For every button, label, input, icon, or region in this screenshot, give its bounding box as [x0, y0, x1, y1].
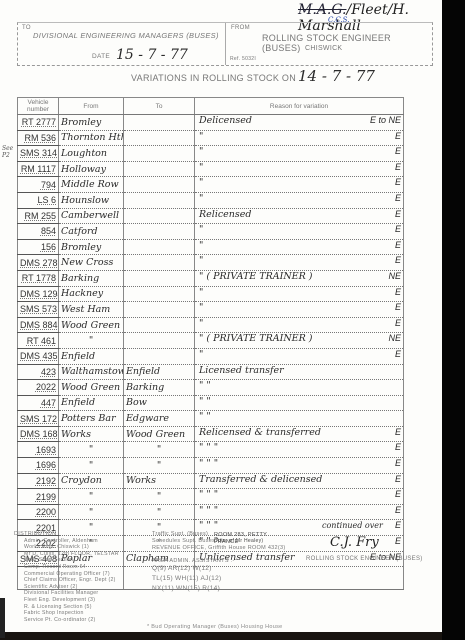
status-code: E — [395, 302, 401, 312]
to-garage: Bow — [124, 395, 195, 411]
from-text: " — [61, 444, 121, 455]
date-value: 15 - 7 - 77 — [116, 47, 188, 63]
from-text: Catford — [61, 226, 98, 237]
table-row: DMS 1687WorksWood GreenRelicensed & tran… — [18, 426, 404, 442]
reason-text: Licensed transfer — [199, 365, 284, 376]
reason-cell: "E — [195, 192, 404, 208]
reason-cell: "E — [195, 302, 404, 318]
from-garage: " — [59, 442, 124, 458]
from-text: Bromley — [61, 117, 101, 128]
to-garage — [124, 115, 195, 131]
reason-text: " — [199, 193, 203, 204]
reason-text: " ( PRIVATE TRAINER ) — [199, 271, 313, 282]
reason-cell: "E — [195, 348, 404, 364]
reason-cell: "E — [195, 130, 404, 146]
reference-number: Ref. 5032I — [230, 56, 256, 62]
to-text: Edgware — [126, 413, 169, 424]
from-garage: Croydon — [59, 473, 124, 489]
vehicle-number: RM 255 — [18, 208, 59, 224]
from-garage: Camberwell — [59, 208, 124, 224]
table-row: 2192CroydonWorksTransferred & delicensed… — [18, 473, 404, 489]
table-row: SMS 314Loughton"E — [18, 146, 404, 162]
from-text: Camberwell — [61, 210, 119, 221]
table-row: DMS 1294Hackney"E — [18, 286, 404, 302]
from-garage: Middle Row — [59, 177, 124, 193]
to-garage — [124, 161, 195, 177]
vehicle-number: RT 461 — [18, 333, 59, 349]
to-garage — [124, 208, 195, 224]
reason-cell: "E — [195, 255, 404, 271]
table-row: DMS 435Enfield"E — [18, 348, 404, 364]
status-code: E — [395, 209, 401, 219]
vehicle-number: DMS 1687 — [18, 426, 59, 442]
vehicle-number: 2192 — [18, 473, 59, 489]
to-garage: " — [124, 504, 195, 520]
from-garage: Walthamstow — [59, 364, 124, 380]
to-garage — [124, 177, 195, 193]
from-garage: Hackney — [59, 286, 124, 302]
reason-cell: " " "E — [195, 458, 404, 474]
distribution-item: Service Pt. Co-ordinator (2) — [14, 617, 149, 624]
reason-text: " ( PRIVATE TRAINER ) — [199, 333, 313, 344]
table-row: RM 536Thornton Hth"E — [18, 130, 404, 146]
reason-cell: "E — [195, 224, 404, 240]
reason-cell: DelicensedE to NE — [195, 115, 404, 131]
reason-text: " " " — [199, 505, 218, 516]
from-text: " — [61, 491, 121, 502]
status-code: E — [395, 489, 401, 499]
to-recipient: DIVISIONAL ENGINEERING MANAGERS (BUSES) — [33, 31, 219, 40]
from-text: West Ham — [61, 304, 110, 315]
distribution-item: Body Shop Section — [14, 557, 149, 564]
to-garage: Edgware — [124, 411, 195, 427]
vehicle-number: 2200 — [18, 504, 59, 520]
status-code: E — [395, 349, 401, 359]
col-header-reason: Reason for variation — [195, 98, 404, 115]
to-garage — [124, 224, 195, 240]
reason-cell: " " "E — [195, 489, 404, 505]
vehicle-number: SMS 573 — [18, 302, 59, 318]
from-garage: Bromley — [59, 239, 124, 255]
from-text: Wood Green — [61, 382, 120, 393]
to-garage: " — [124, 442, 195, 458]
from-text: Holloway — [61, 164, 106, 175]
reason-text: " — [199, 240, 203, 251]
to-text: Bow — [126, 397, 147, 408]
distribution-item: Admin. Controller, Aldenham — [14, 538, 149, 545]
reason-cell: " " — [195, 380, 404, 396]
reason-cell: "E — [195, 161, 404, 177]
variations-table: Vehicle number From To Reason for variat… — [17, 97, 404, 590]
from-text: Croydon — [61, 475, 102, 486]
to-garage: " — [124, 458, 195, 474]
distribution-item: Mr D. Cullis, 12th FLOOR, TELSTAR — [14, 551, 149, 558]
from-garage: Hounslow — [59, 192, 124, 208]
vehicle-number: SMS 172 — [18, 411, 59, 427]
reason-cell: "E — [195, 286, 404, 302]
from-garage: Loughton — [59, 146, 124, 162]
table-row: RM 1117Holloway"E — [18, 161, 404, 177]
continued-over-note: continued over — [322, 521, 383, 530]
status-code: E — [395, 255, 401, 265]
table-row: 2022Wood GreenBarking" " — [18, 380, 404, 396]
from-text: Barking — [61, 273, 99, 284]
from-text: Thornton Hth — [61, 132, 124, 143]
from-garage: " — [59, 333, 124, 349]
vehicle-number: 423 — [18, 364, 59, 380]
from-text: " — [61, 335, 121, 346]
from-text: Works — [61, 429, 91, 440]
to-garage — [124, 286, 195, 302]
header-box: TO DIVISIONAL ENGINEERING MANAGERS (BUSE… — [17, 22, 433, 66]
reason-cell: " ( PRIVATE TRAINER )NE — [195, 270, 404, 286]
reason-text: Relicensed & transferred — [199, 427, 321, 438]
room-attn: (Attn. of Mr Healey) — [214, 538, 263, 545]
to-garage — [124, 317, 195, 333]
status-code: E — [395, 162, 401, 172]
reason-cell: "E — [195, 317, 404, 333]
reason-cell: "E — [195, 177, 404, 193]
reason-cell: " " — [195, 395, 404, 411]
from-text: Enfield — [61, 397, 95, 408]
reason-text: " " " — [199, 458, 218, 469]
distribution-item: R. & Licensing Section (5) — [14, 604, 149, 611]
to-garage — [124, 130, 195, 146]
from-garage: Enfield — [59, 395, 124, 411]
status-code: E — [395, 287, 401, 297]
reason-text: " " — [199, 411, 211, 422]
to-label: TO — [22, 25, 31, 31]
footer-distribution-line: * Bud Operating Manager (Buses) Housing … — [147, 624, 282, 630]
to-garage: Enfield — [124, 364, 195, 380]
reason-cell: " " "E — [195, 504, 404, 520]
reason-cell: " " "E — [195, 442, 404, 458]
table-row: 794Middle Row"E — [18, 177, 404, 193]
reason-text: " — [199, 177, 203, 188]
vehicle-number: DMS 435 — [18, 348, 59, 364]
vehicle-number: RM 536 — [18, 130, 59, 146]
from-garage: Thornton Hth — [59, 130, 124, 146]
to-text: Wood Green — [126, 429, 185, 440]
from-garage: Bromley — [59, 115, 124, 131]
vehicle-number: 156 — [18, 239, 59, 255]
table-row: 2199""" " "E — [18, 489, 404, 505]
to-garage — [124, 348, 195, 364]
from-text: Loughton — [61, 148, 107, 159]
signature: C.J. Fry — [330, 535, 379, 550]
table-header-row: Vehicle number From To Reason for variat… — [18, 98, 404, 115]
to-garage — [124, 302, 195, 318]
margin-note-line: See — [2, 145, 13, 152]
to-text: " — [126, 460, 192, 471]
vehicle-number: DMS 278 — [18, 255, 59, 271]
reason-text: " — [199, 224, 203, 235]
reason-text: " — [199, 349, 203, 360]
from-text: " — [61, 460, 121, 471]
reason-cell: RelicensedE — [195, 208, 404, 224]
from-garage: West Ham — [59, 302, 124, 318]
area-admin-line: TL(15) WH(11) AJ(12) — [152, 575, 286, 582]
to-text: " — [126, 444, 192, 455]
signature-title: ROLLING STOCK ENGINEER (BUSES) — [306, 556, 423, 562]
vehicle-number: DMS 884 — [18, 317, 59, 333]
reason-text: " " " — [199, 489, 218, 500]
vehicle-number: 1696 — [18, 458, 59, 474]
title-date: 14 - 7 - 77 — [298, 67, 375, 85]
from-text: Enfield — [61, 351, 95, 362]
to-garage: Works — [124, 473, 195, 489]
revenue-office: REVENUE OFFICE, Griffith House ROOM 432(… — [152, 545, 286, 552]
to-text: Enfield — [126, 366, 160, 377]
from-text: Wood Green — [61, 320, 120, 331]
to-garage — [124, 333, 195, 349]
vehicle-number: SMS 314 — [18, 146, 59, 162]
distribution-heading: DISTRIBUTION — [14, 531, 149, 538]
reason-text: " — [199, 318, 203, 329]
from-sender: ROLLING STOCK ENGINEER (BUSES) — [262, 33, 432, 53]
vehicle-number: 447 — [18, 395, 59, 411]
table-row: DMS 278New Cross"E — [18, 255, 404, 271]
to-garage — [124, 192, 195, 208]
to-garage — [124, 255, 195, 271]
to-text: " — [126, 491, 192, 502]
from-text: Hackney — [61, 288, 103, 299]
table-row: 2200""" " "E — [18, 504, 404, 520]
table-row: 1696""" " "E — [18, 458, 404, 474]
vehicle-number: RM 1117 — [18, 161, 59, 177]
reason-text: Relicensed — [199, 209, 252, 220]
distribution-item: Scientific Adviser (2) — [14, 584, 149, 591]
from-garage: Holloway — [59, 161, 124, 177]
reason-cell: " ( PRIVATE TRAINER )NE — [195, 333, 404, 349]
to-garage — [124, 239, 195, 255]
table-row: 447EnfieldBow" " — [18, 395, 404, 411]
status-code: E — [395, 520, 401, 530]
reason-cell: Transferred & delicensedE — [195, 473, 404, 489]
from-garage: Barking — [59, 270, 124, 286]
from-garage: Wood Green — [59, 317, 124, 333]
margin-note: See P2 — [2, 145, 13, 159]
status-code: E — [395, 474, 401, 484]
distribution-item: Commercial Operating Officer (7) — [14, 571, 149, 578]
distribution-item: Fleet Eng. Development (3) — [14, 597, 149, 604]
status-code: E — [395, 458, 401, 468]
reason-cell: "E — [195, 239, 404, 255]
from-text: Potters Bar — [61, 413, 116, 424]
vehicle-number: 1693 — [18, 442, 59, 458]
to-text: " — [126, 507, 192, 518]
from-garage: Catford — [59, 224, 124, 240]
distribution-item: Chief Claims Officer, Engr. Dept (2) — [14, 577, 149, 584]
from-garage: Wood Green — [59, 380, 124, 396]
to-garage: Wood Green — [124, 426, 195, 442]
table-row: RT 1778Barking" ( PRIVATE TRAINER )NE — [18, 270, 404, 286]
col-header-to: To — [124, 98, 195, 115]
from-garage: " — [59, 489, 124, 505]
status-code: NE — [388, 271, 401, 281]
scan-border-left — [0, 598, 5, 638]
reason-cell: Relicensed & transferredE — [195, 426, 404, 442]
vehicle-number: RT 2777 — [18, 115, 59, 131]
reason-text: " — [199, 255, 203, 266]
area-admin-heading: AREA ADMIN. ASSISTANTS :- — [152, 558, 286, 565]
to-text: Works — [126, 475, 156, 486]
status-code: E — [395, 224, 401, 234]
from-garage: New Cross — [59, 255, 124, 271]
table-row: 1693""" " "E — [18, 442, 404, 458]
status-code: E — [395, 536, 401, 546]
distribution-item: Works Engr. Chiswick (1) — [14, 544, 149, 551]
traffic-distribution: Traffic Supt. (Buses) Schedules Supt. Bu… — [152, 531, 286, 592]
table-row: RT 2777BromleyDelicensedE to NE — [18, 115, 404, 131]
from-text: Hounslow — [61, 195, 109, 206]
document-title: VARIATIONS IN ROLLING STOCK ON — [131, 73, 296, 83]
schedules-supt: Schedules Supt. Buses — [152, 538, 215, 544]
reason-text: " — [199, 131, 203, 142]
table-row: SMS 172Potters BarEdgware" " — [18, 411, 404, 427]
table-row: 854Catford"E — [18, 224, 404, 240]
vehicle-number: 2199 — [18, 489, 59, 505]
reason-cell: " " — [195, 411, 404, 427]
table-row: 423WalthamstowEnfieldLicensed transfer — [18, 364, 404, 380]
status-code: E — [395, 193, 401, 203]
from-garage: Works — [59, 426, 124, 442]
area-admin-line: NX(11) WN(15) R(14) — [152, 585, 286, 592]
status-code: E — [395, 505, 401, 515]
distribution-items: Admin. Controller, AldenhamWorks Engr. C… — [14, 538, 149, 624]
col-header-from: From — [59, 98, 124, 115]
col-header-vehicle: Vehicle number — [18, 98, 59, 115]
from-text: Walthamstow — [61, 366, 124, 377]
vehicle-number: 794 — [18, 177, 59, 193]
table-row: LS 6Hounslow"E — [18, 192, 404, 208]
from-garage: " — [59, 504, 124, 520]
vehicle-number: DMS 1294 — [18, 286, 59, 302]
reason-text: " " — [199, 380, 211, 391]
reason-text: " — [199, 302, 203, 313]
status-code: E — [395, 427, 401, 437]
reason-cell: Licensed transfer — [195, 364, 404, 380]
from-garage: Enfield — [59, 348, 124, 364]
scan-border-right — [442, 0, 465, 640]
from-location: CHISWICK — [305, 45, 342, 52]
header-divider — [225, 23, 226, 65]
to-garage: " — [124, 489, 195, 505]
scan-border-bottom — [0, 632, 442, 640]
vehicle-number: LS 6 — [18, 192, 59, 208]
margin-note-line: P2 — [2, 152, 13, 159]
distribution-item: Comp. Record Room 64 — [14, 564, 149, 571]
table-row: SMS 573West Ham"E — [18, 302, 404, 318]
reason-text: " — [199, 287, 203, 298]
status-code: E — [395, 318, 401, 328]
reason-text: " — [199, 162, 203, 173]
vehicle-number: 854 — [18, 224, 59, 240]
reason-text: " — [199, 146, 203, 157]
from-garage: " — [59, 458, 124, 474]
reason-cell: "E — [195, 146, 404, 162]
status-code: E — [395, 146, 401, 156]
to-garage: Barking — [124, 380, 195, 396]
from-garage: Potters Bar — [59, 411, 124, 427]
to-text: Barking — [126, 382, 164, 393]
distribution-item: Divisional Facilities Manager — [14, 590, 149, 597]
status-code: E — [395, 240, 401, 250]
status-code: E to NE — [370, 115, 401, 125]
reason-text: " " — [199, 396, 211, 407]
status-code: NE — [388, 333, 401, 343]
vehicle-number: 2022 — [18, 380, 59, 396]
table-row: DMS 884Wood Green"E — [18, 317, 404, 333]
table-row: RM 255CamberwellRelicensedE — [18, 208, 404, 224]
vehicle-number: RT 1778 — [18, 270, 59, 286]
table-row: RT 461"" ( PRIVATE TRAINER )NE — [18, 333, 404, 349]
to-garage — [124, 270, 195, 286]
table-body: RT 2777BromleyDelicensedE to NERM 536Tho… — [18, 115, 404, 590]
distribution-item: Fabric Shop Inspection — [14, 610, 149, 617]
area-admin-line: Q(9) AR(12) W(12) — [152, 565, 286, 572]
reason-text: Transferred & delicensed — [199, 474, 322, 485]
from-text: Middle Row — [61, 179, 119, 190]
status-code: E — [395, 442, 401, 452]
reason-text: Delicensed — [199, 115, 252, 126]
date-label: DATE — [92, 53, 110, 60]
table-row: 156Bromley"E — [18, 239, 404, 255]
from-text: " — [61, 507, 121, 518]
reason-text: " " " — [199, 520, 218, 531]
to-garage — [124, 146, 195, 162]
from-text: New Cross — [61, 257, 113, 268]
status-code: E — [395, 131, 401, 141]
from-label: FROM — [231, 25, 250, 31]
distribution-list: DISTRIBUTION Admin. Controller, Aldenham… — [14, 531, 149, 623]
reason-text: " " " — [199, 442, 218, 453]
from-text: Bromley — [61, 242, 101, 253]
status-code: E — [395, 177, 401, 187]
